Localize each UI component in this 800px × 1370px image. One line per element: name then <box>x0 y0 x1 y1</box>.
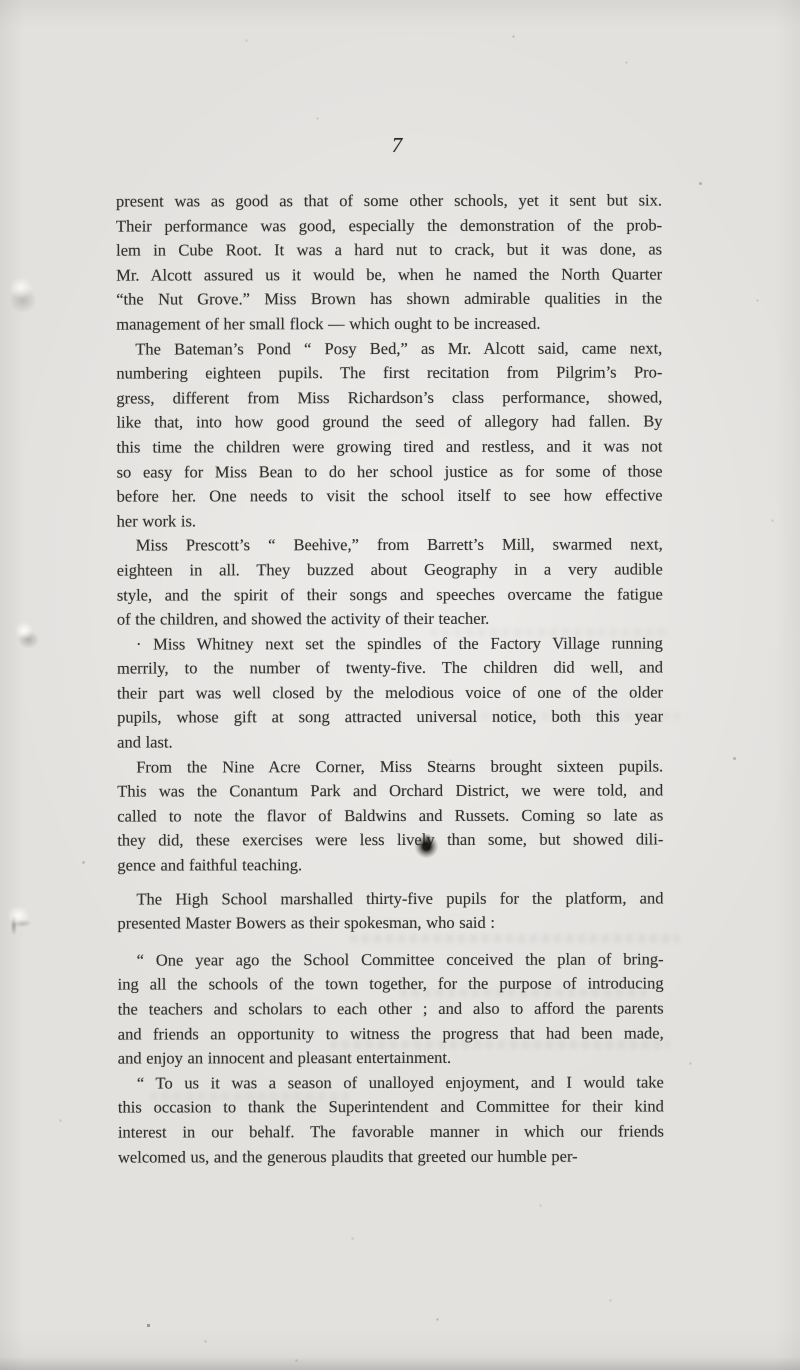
text-line: The High School marshalled thirty-five p… <box>117 886 663 912</box>
text-line: called to note the flavor of Baldwins an… <box>117 803 663 829</box>
text-line: gence and faithful teaching. <box>117 852 663 878</box>
text-line: management of her small flock — which ou… <box>116 311 662 337</box>
text-line: like that, into how good ground the seed… <box>116 410 662 436</box>
text-line: before her. One needs to visit the schoo… <box>117 484 663 510</box>
text-line: and last. <box>117 729 663 755</box>
text-line: and friends an opportunity to witness th… <box>118 1021 664 1047</box>
text-line: merrily, to the number of twenty-five. T… <box>117 656 663 682</box>
text-line: eighteen in all. They buzzed about Geogr… <box>117 557 663 583</box>
text-line: their part was well closed by the melodi… <box>117 680 663 706</box>
paragraph: The High School marshalled thirty-five p… <box>117 886 663 936</box>
text-line: the teachers and scholars to each other … <box>118 996 664 1022</box>
text-line: From the Nine Acre Corner, Miss Stearns … <box>117 754 663 780</box>
text-line: ing all the schools of the town together… <box>118 972 664 998</box>
text-line: interest in our behalf. The favorable ma… <box>118 1119 664 1145</box>
text-line: they did, these exercises were less live… <box>117 828 663 854</box>
text-line: “ To us it was a season of unalloyed enj… <box>118 1070 664 1096</box>
text-line: of the children, and showed the activity… <box>117 607 663 633</box>
text-line: this time the children were growing tire… <box>116 434 662 460</box>
text-block: present was as good as that of some othe… <box>116 188 664 1169</box>
text-line: pupils, whose gift at song attracted uni… <box>117 705 663 731</box>
paragraph: Miss Prescott’s “ Beehive,” from Barrett… <box>117 533 663 633</box>
text-line: so easy for Miss Bean to do her school j… <box>117 459 663 485</box>
text-line: present was as good as that of some othe… <box>116 188 662 214</box>
text-line: The Bateman’s Pond “ Posy Bed,” as Mr. A… <box>116 336 662 362</box>
text-line: style, and the spirit of their songs and… <box>117 582 663 608</box>
text-line: Miss Prescott’s “ Beehive,” from Barrett… <box>117 533 663 559</box>
scanned-book-page: { "colors": { "paper": "#e3e1de", "ink":… <box>0 0 800 1370</box>
text-line: Their performance was good, especially t… <box>116 213 662 239</box>
page-number: 7 <box>0 133 794 158</box>
text-line: This was the Conantum Park and Orchard D… <box>117 779 663 805</box>
text-line: “ One year ago the School Committee conc… <box>118 947 664 973</box>
text-line: her work is. <box>117 508 663 534</box>
paragraph: “ One year ago the School Committee conc… <box>118 947 664 1071</box>
text-line: · Miss Whitney next set the spindles of … <box>117 631 663 657</box>
text-line: lem in Cube Root. It was a hard nut to c… <box>116 238 662 264</box>
paragraph: From the Nine Acre Corner, Miss Stearns … <box>117 754 663 878</box>
paragraph: · Miss Whitney next set the spindles of … <box>117 631 663 755</box>
paragraph: The Bateman’s Pond “ Posy Bed,” as Mr. A… <box>116 336 662 534</box>
paragraph: present was as good as that of some othe… <box>116 188 662 337</box>
text-line: gress, different from Miss Richardson’s … <box>116 385 662 411</box>
text-line: and enjoy an innocent and pleasant enter… <box>118 1046 664 1072</box>
text-line: numbering eighteen pupils. The first rec… <box>116 361 662 387</box>
text-line: this occasion to thank the Superintenden… <box>118 1095 664 1121</box>
paragraph: “ To us it was a season of unalloyed enj… <box>118 1070 664 1170</box>
text-line: “the Nut Grove.” Miss Brown has shown ad… <box>116 287 662 313</box>
text-line: welcomed us, and the generous plaudits t… <box>118 1144 664 1170</box>
text-line: presented Master Bowers as their spokesm… <box>117 911 663 937</box>
text-line: Mr. Alcott assured us it would be, when … <box>116 262 662 288</box>
